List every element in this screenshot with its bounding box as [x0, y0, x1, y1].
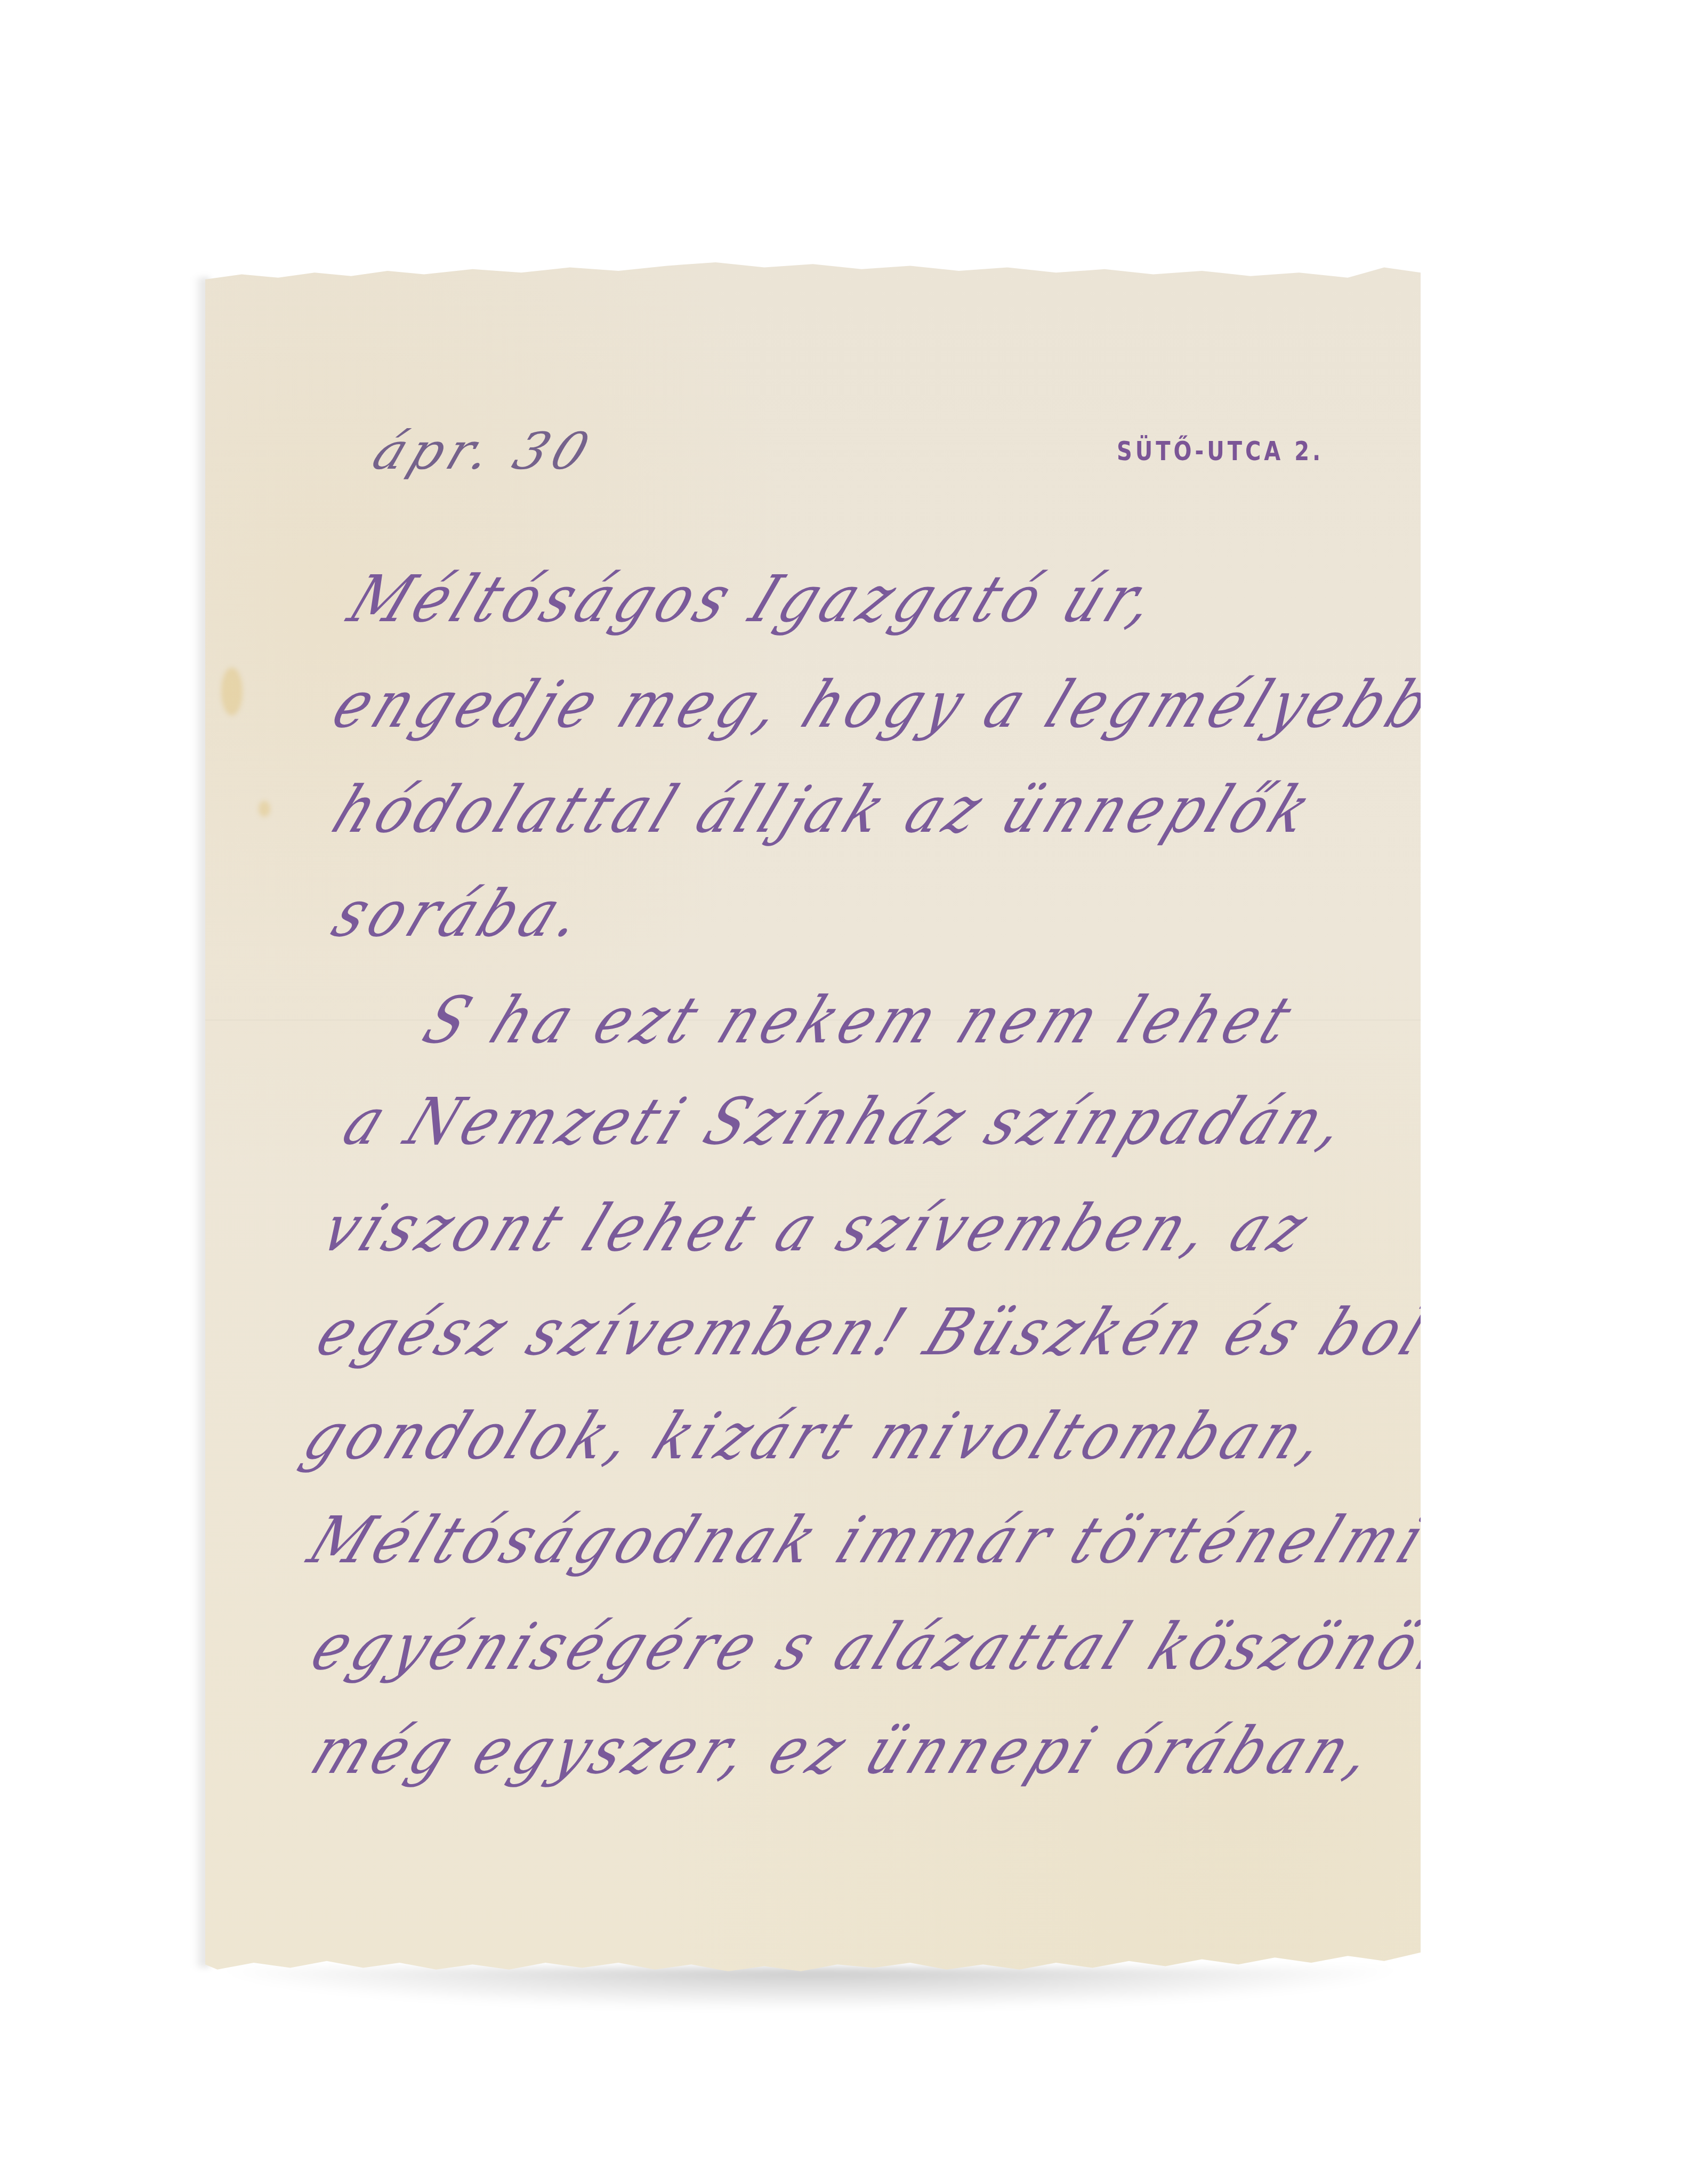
- letter-line-2: engedje meg, hogy a legmélyebb: [323, 668, 1446, 742]
- letter-line-6: a Nemzeti Színház színpadán,: [333, 1085, 1363, 1159]
- letter-line-8: egész szívemben! Büszkén és boldogan: [307, 1295, 1644, 1370]
- letter-line-7: viszont lehet a szívemben, az: [312, 1191, 1324, 1266]
- letter-date: ápr. 30: [365, 422, 602, 481]
- letter-line-9: gondolok, kizárt mivoltomban,: [293, 1399, 1342, 1474]
- paper-stain: [221, 668, 243, 716]
- letter-line-3: hódolattal álljak az ünneplők: [323, 773, 1327, 847]
- letter-sheet: SÜTŐ-UTCA 2. ápr. 30 Méltóságos Igazgató…: [205, 262, 1421, 1971]
- letter-line-4: sorába.: [323, 877, 600, 951]
- letter-line-11: egyéniségére s alázattal köszönöm: [301, 1610, 1494, 1684]
- letter-line-1: Méltóságos Igazgató úr,: [338, 562, 1172, 637]
- paper-stain: [259, 801, 270, 817]
- letter-line-5: S ha ezt nekem nem lehet: [413, 983, 1307, 1058]
- letter-line-10: Méltóságodnak immár történelmi: [299, 1503, 1440, 1578]
- letterhead-address: SÜTŐ-UTCA 2.: [1117, 436, 1324, 467]
- paper-shadow-bottom: [211, 1968, 1410, 2010]
- letter-line-12: még egyszer, ez ünnepi órában,: [301, 1714, 1389, 1788]
